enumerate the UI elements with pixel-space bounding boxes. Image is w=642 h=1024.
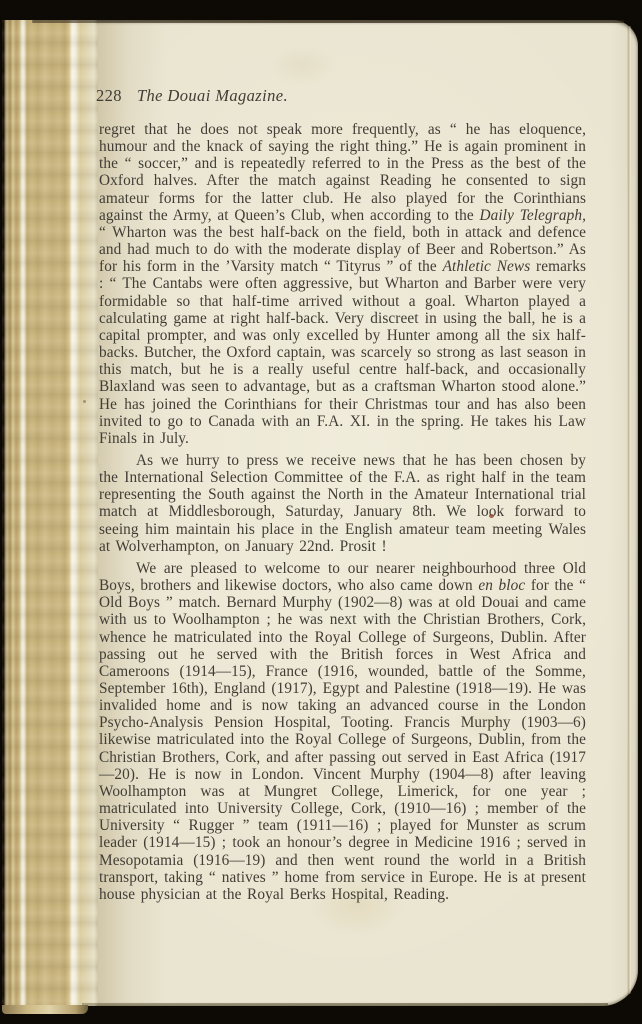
text-run: for the “ Old Boys ” match. Bernard Murp… xyxy=(99,577,586,903)
text-run: remarks : “ The Cantabs were often aggre… xyxy=(99,258,586,447)
page-number: 228 xyxy=(96,86,122,105)
ink-spot-blemish xyxy=(489,514,494,518)
italic-run-athletic-news: Athletic News xyxy=(443,258,531,275)
page-edges-texture xyxy=(2,20,98,1006)
page-body-text: regret that he does not speak more frequ… xyxy=(99,121,586,903)
bottom-page-stack-edge xyxy=(2,1005,88,1014)
paragraph-1: regret that he does not speak more frequ… xyxy=(99,121,586,447)
page-bottom-edge-shadow xyxy=(82,1003,608,1006)
text-run: As we hurry to press we receive news tha… xyxy=(99,452,586,555)
photo-background: 228The Douai Magazine. regret that he do… xyxy=(0,0,642,1024)
book-page: 228The Douai Magazine. regret that he do… xyxy=(2,20,638,1006)
paragraph-3: We are pleased to welcome to our nearer … xyxy=(99,560,586,903)
italic-run-daily-telegraph: Daily Telegraph, xyxy=(479,207,586,224)
page-crease xyxy=(627,26,631,994)
italic-run-en-bloc: en bloc xyxy=(478,577,525,594)
margin-speck-blemish xyxy=(83,400,86,403)
paragraph-2: As we hurry to press we receive news tha… xyxy=(99,452,586,555)
magazine-title: The Douai Magazine. xyxy=(137,86,288,105)
running-header: 228The Douai Magazine. xyxy=(96,86,288,106)
page-top-edge-shadow xyxy=(32,20,624,23)
